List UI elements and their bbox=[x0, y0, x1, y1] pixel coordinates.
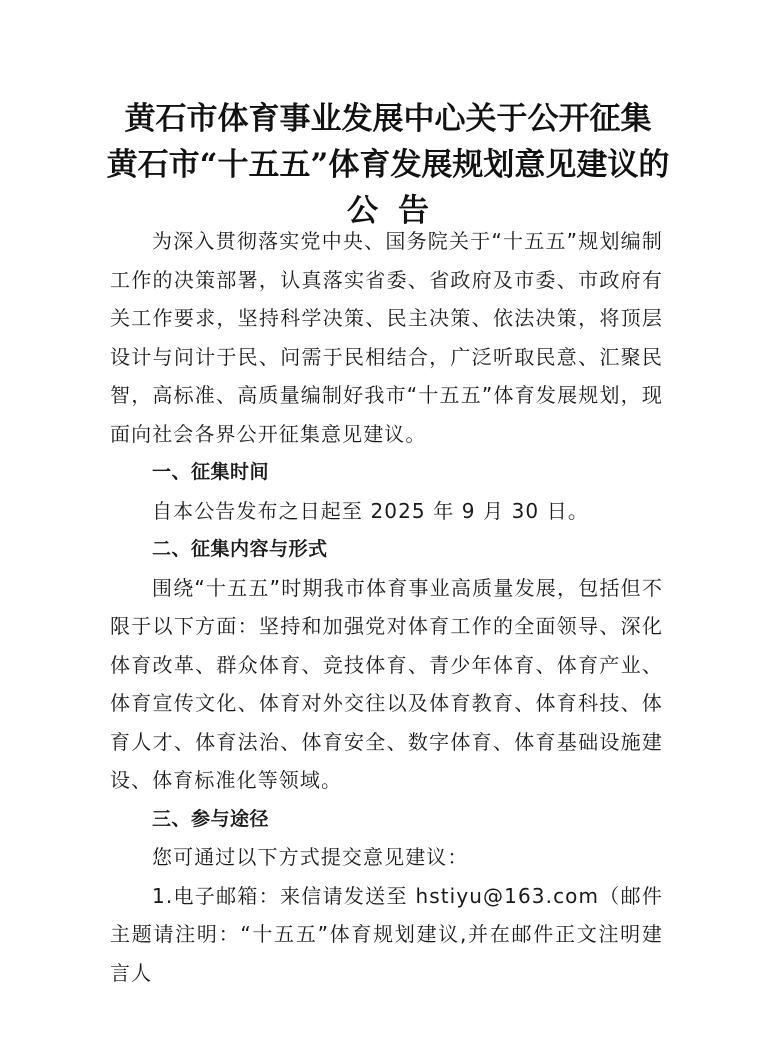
title-line-2: 黄石市“十五五”体育发展规划意见建议的 bbox=[0, 142, 776, 188]
section-heading-channels: 三、参与途径 bbox=[110, 800, 663, 839]
section-channels-paragraph-1: 您可通过以下方式提交意见建议： bbox=[110, 838, 663, 877]
intro-paragraph: 为深入贯彻落实党中央、国务院关于“十五五”规划编制工作的决策部署，认真落实省委、… bbox=[110, 222, 663, 453]
document-body: 为深入贯彻落实党中央、国务院关于“十五五”规划编制工作的决策部署，认真落实省委、… bbox=[110, 222, 663, 992]
section-heading-content: 二、征集内容与形式 bbox=[110, 530, 663, 569]
section-time-paragraph: 自本公告发布之日起至 2025 年 9 月 30 日。 bbox=[110, 492, 663, 531]
section-content-paragraph: 围绕“十五五”时期我市体育事业高质量发展，包括但不限于以下方面：坚持和加强党对体… bbox=[110, 569, 663, 800]
section-heading-time: 一、征集时间 bbox=[110, 453, 663, 492]
section-channels-email-paragraph: 1.电子邮箱：来信请发送至 hstiyu@163.com（邮件主题请注明：“十五… bbox=[110, 877, 663, 993]
document-page: 黄石市体育事业发展中心关于公开征集 黄石市“十五五”体育发展规划意见建议的 公告… bbox=[0, 0, 776, 1060]
document-title: 黄石市体育事业发展中心关于公开征集 黄石市“十五五”体育发展规划意见建议的 公告 bbox=[0, 96, 776, 234]
title-line-1: 黄石市体育事业发展中心关于公开征集 bbox=[0, 96, 776, 142]
